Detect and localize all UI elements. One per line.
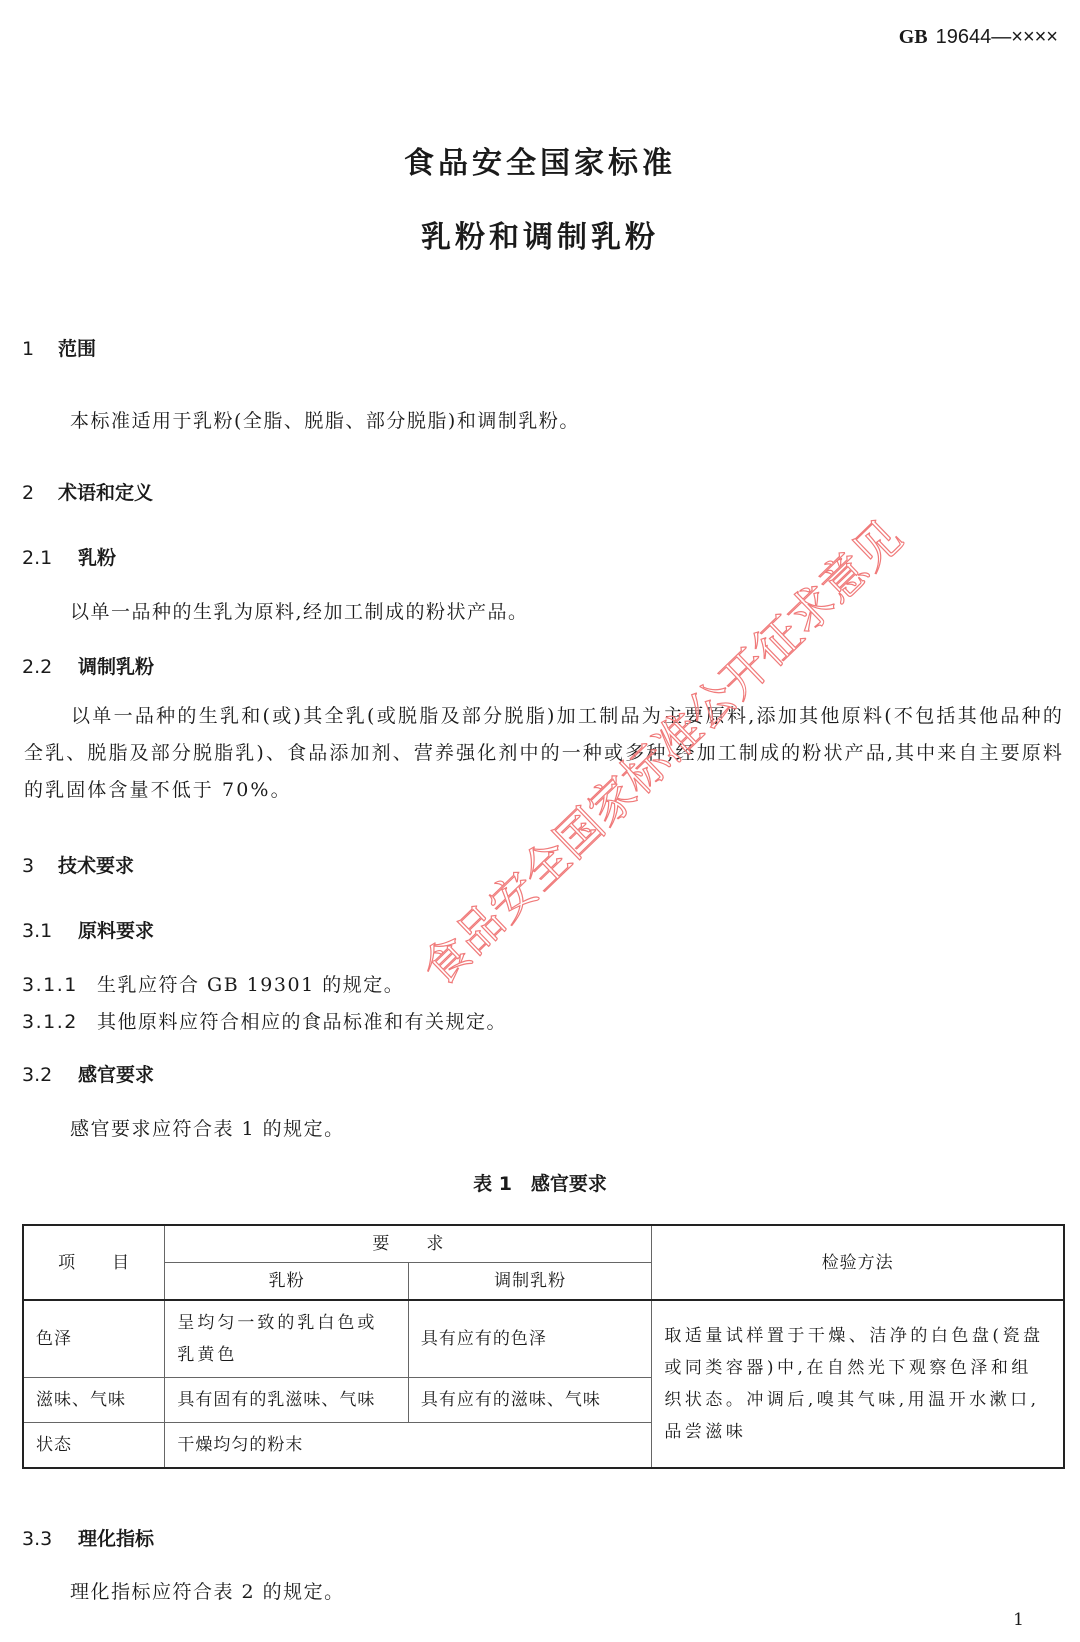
section-1-text: 本标准适用于乳粉(全脂、脱脂、部分脱脂)和调制乳粉。 (70, 406, 580, 433)
section-3-3-text: 理化指标应符合表 2 的规定。 (70, 1577, 345, 1604)
header-milk-powder: 乳粉 (165, 1263, 409, 1301)
section-2-1-text: 以单一品种的生乳为原料,经加工制成的粉状产品。 (70, 597, 529, 624)
section-3-2-text: 感官要求应符合表 1 的规定。 (70, 1114, 345, 1141)
section-2-heading: 2术语和定义 (22, 478, 153, 505)
page-number: 1 (1013, 1610, 1024, 1630)
row-milk-powder: 具有固有的乳滋味、气味 (165, 1378, 409, 1423)
section-2-2-heading: 2.2调制乳粉 (22, 652, 154, 679)
section-3-1-2: 3.1.2其他原料应符合相应的食品标准和有关规定。 (22, 1007, 507, 1034)
row-merged-requirement: 干燥均匀的粉末 (165, 1423, 652, 1469)
section-3-1-1: 3.1.1生乳应符合 GB 19301 的规定。 (22, 970, 404, 997)
row-milk-powder: 呈均匀一致的乳白色或乳黄色 (165, 1300, 409, 1378)
section-3-heading: 3技术要求 (22, 851, 134, 878)
document-subtitle: 乳粉和调制乳粉 (0, 212, 1080, 256)
header-item: 项 目 (23, 1225, 165, 1300)
row-item: 状态 (23, 1423, 165, 1469)
document-title: 食品安全国家标准 (0, 138, 1080, 182)
section-3-2-heading: 3.2感官要求 (22, 1060, 154, 1087)
table-row: 色泽 呈均匀一致的乳白色或乳黄色 具有应有的色泽 取适量试样置于干燥、洁净的白色… (23, 1300, 1064, 1378)
method-text: 取适量试样置于干燥、洁净的白色盘(瓷盘或同类容器)中,在自然光下观察色泽和组织状… (652, 1300, 1064, 1468)
header-formulated-milk-powder: 调制乳粉 (408, 1263, 652, 1301)
row-formulated: 具有应有的滋味、气味 (408, 1378, 652, 1423)
row-item: 滋味、气味 (23, 1378, 165, 1423)
section-1-heading: 1范围 (22, 334, 96, 361)
standard-code: GB19644—×××× (899, 26, 1058, 49)
sensory-requirements-table: 项 目 要 求 检验方法 乳粉 调制乳粉 色泽 呈均匀一致的乳白色或乳黄色 具有… (22, 1224, 1065, 1469)
section-2-2-text: 以单一品种的生乳和(或)其全乳(或脱脂及部分脱脂)加工制品为主要原料,添加其他原… (24, 698, 1064, 809)
section-3-3-heading: 3.3理化指标 (22, 1524, 154, 1551)
header-method: 检验方法 (652, 1225, 1064, 1300)
section-2-1-heading: 2.1乳粉 (22, 543, 116, 570)
header-requirement: 要 求 (165, 1225, 652, 1263)
table-header-row: 项 目 要 求 检验方法 (23, 1225, 1064, 1263)
row-item: 色泽 (23, 1300, 165, 1378)
standard-prefix: GB (899, 26, 928, 48)
row-formulated: 具有应有的色泽 (408, 1300, 652, 1378)
section-3-1-heading: 3.1原料要求 (22, 916, 154, 943)
standard-number: 19644—×××× (936, 26, 1058, 48)
table-1-caption: 表 1 感官要求 (0, 1169, 1080, 1196)
